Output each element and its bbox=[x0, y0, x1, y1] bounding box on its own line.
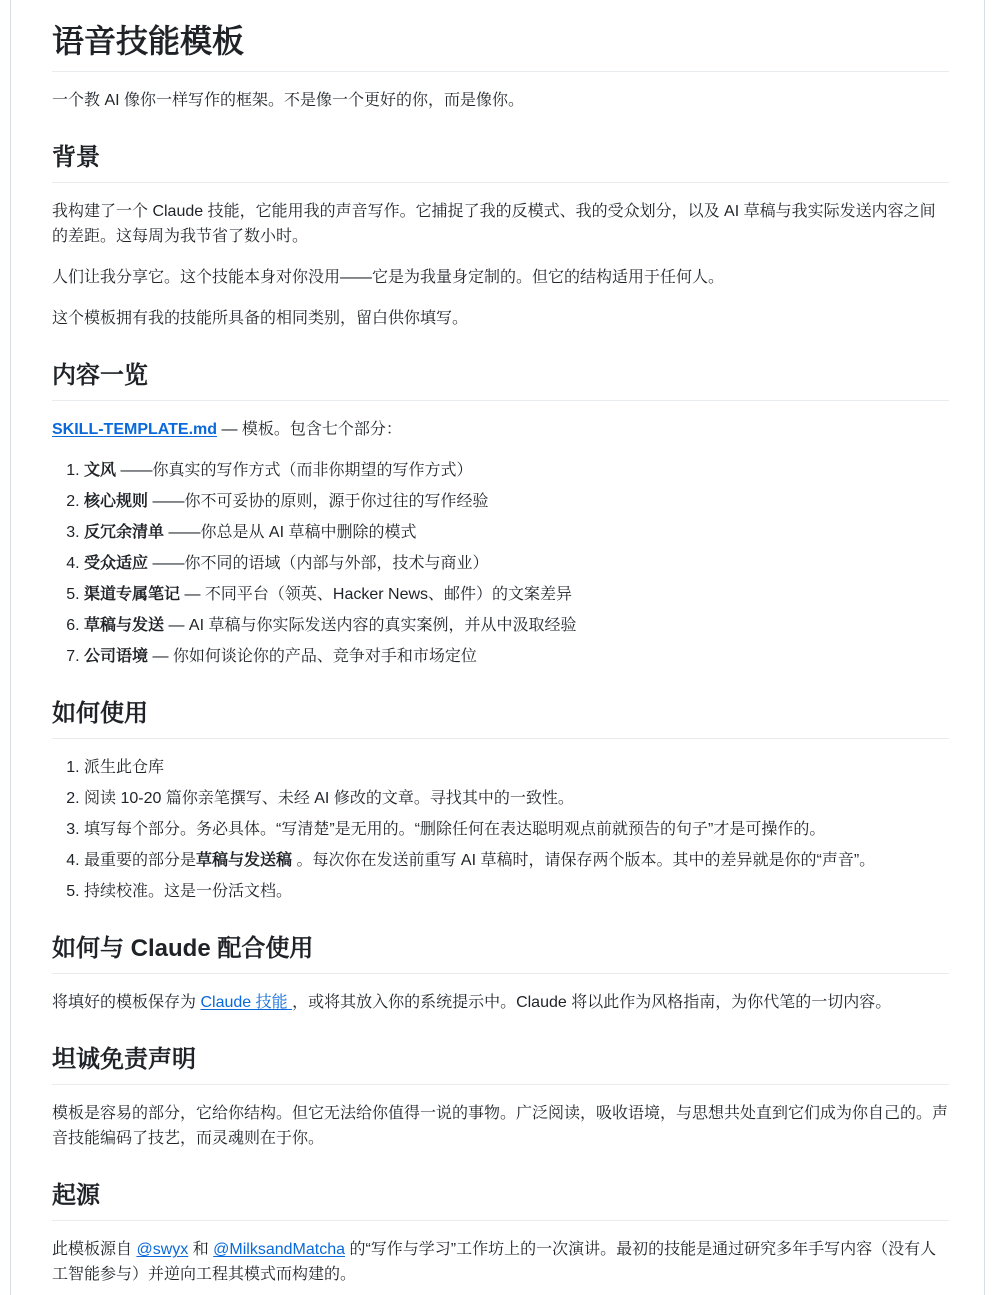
contents-term: 草稿与发送 bbox=[84, 617, 164, 634]
list-item: 公司语境 — 你如何谈论你的产品、竞争对手和市场定位 bbox=[84, 644, 949, 669]
background-paragraph-2: 人们让我分享它。这个技能本身对你没用——它是为我量身定制的。但它的结构适用于任何… bbox=[52, 265, 949, 290]
section-heading-contents: 内容一览 bbox=[52, 361, 949, 401]
contents-desc: 你如何谈论你的产品、竞争对手和市场定位 bbox=[173, 648, 477, 665]
contents-sep: —— bbox=[148, 493, 184, 510]
contents-term: 反冗余清单 bbox=[84, 524, 164, 541]
contents-sep: — bbox=[148, 648, 173, 665]
usage-item-bold: 草稿与发送稿 bbox=[196, 852, 292, 869]
contents-lead: SKILL-TEMPLATE.md — 模板。包含七个部分： bbox=[52, 417, 949, 442]
contents-term: 渠道专属笔记 bbox=[84, 586, 180, 603]
list-item: 填写每个部分。务必具体。“写清楚”是无用的。“删除任何在表达聪明观点前就预告的句… bbox=[84, 817, 949, 842]
claude-paragraph: 将填好的模板保存为 Claude 技能 ，或将其放入你的系统提示中。Claude… bbox=[52, 990, 949, 1015]
contents-term: 文风 bbox=[84, 462, 116, 479]
contents-desc: 你真实的写作方式（而非你期望的写作方式） bbox=[152, 462, 472, 479]
usage-item-pre: 最重要的部分是 bbox=[84, 852, 196, 869]
claude-post: ，或将其放入你的系统提示中。Claude 将以此作为风格指南，为你代笔的一切内容… bbox=[292, 994, 891, 1011]
list-item: 持续校准。这是一份活文档。 bbox=[84, 879, 949, 904]
contents-desc: 你不同的语域（内部与外部，技术与商业） bbox=[184, 555, 488, 572]
contents-list: 文风 ——你真实的写作方式（而非你期望的写作方式） 核心规则 ——你不可妥协的原… bbox=[52, 458, 949, 669]
milksandmatcha-link[interactable]: @MilksandMatcha bbox=[213, 1241, 345, 1258]
usage-item-post: 。每次你在发送前重写 AI 草稿时，请保存两个版本。其中的差异就是你的“声音”。 bbox=[292, 852, 875, 869]
origin-mid: 和 bbox=[188, 1241, 213, 1258]
list-item: 核心规则 ——你不可妥协的原则，源于你过往的写作经验 bbox=[84, 489, 949, 514]
claude-pre: 将填好的模板保存为 bbox=[52, 994, 200, 1011]
intro-paragraph: 一个教 AI 像你一样写作的框架。不是像一个更好的你，而是像你。 bbox=[52, 88, 949, 113]
list-item: 反冗余清单 ——你总是从 AI 草稿中删除的模式 bbox=[84, 520, 949, 545]
list-item: 派生此仓库 bbox=[84, 755, 949, 780]
list-item: 受众适应 ——你不同的语域（内部与外部，技术与商业） bbox=[84, 551, 949, 576]
contents-sep: —— bbox=[164, 524, 200, 541]
contents-sep: —— bbox=[148, 555, 184, 572]
usage-list: 派生此仓库 阅读 10-20 篇你亲笔撰写、未经 AI 修改的文章。寻找其中的一… bbox=[52, 755, 949, 904]
contents-desc: 你总是从 AI 草稿中删除的模式 bbox=[200, 524, 416, 541]
list-item: 文风 ——你真实的写作方式（而非你期望的写作方式） bbox=[84, 458, 949, 483]
contents-sep: — bbox=[164, 617, 189, 634]
list-item: 阅读 10-20 篇你亲笔撰写、未经 AI 修改的文章。寻找其中的一致性。 bbox=[84, 786, 949, 811]
contents-lead-rest: — 模板。包含七个部分： bbox=[217, 421, 402, 438]
section-heading-usage: 如何使用 bbox=[52, 699, 949, 739]
section-heading-background: 背景 bbox=[52, 143, 949, 183]
contents-desc: 不同平台（领英、Hacker News、邮件）的文案差异 bbox=[205, 586, 572, 603]
readme-container: 语音技能模板 一个教 AI 像你一样写作的框架。不是像一个更好的你，而是像你。 … bbox=[10, 0, 985, 1295]
contents-desc: 你不可妥协的原则，源于你过往的写作经验 bbox=[184, 493, 488, 510]
origin-pre: 此模板源自 bbox=[52, 1241, 136, 1258]
contents-term: 核心规则 bbox=[84, 493, 148, 510]
contents-term: 受众适应 bbox=[84, 555, 148, 572]
background-paragraph-3: 这个模板拥有我的技能所具备的相同类别，留白供你填写。 bbox=[52, 306, 949, 331]
origin-paragraph: 此模板源自 @swyx 和 @MilksandMatcha 的“写作与学习”工作… bbox=[52, 1237, 949, 1295]
contents-sep: —— bbox=[116, 462, 152, 479]
swyx-link[interactable]: @swyx bbox=[136, 1241, 188, 1258]
contents-term: 公司语境 bbox=[84, 648, 148, 665]
disclaimer-paragraph: 模板是容易的部分，它给你结构。但它无法给你值得一说的事物。广泛阅读，吸收语境，与… bbox=[52, 1101, 949, 1151]
list-item: 草稿与发送 — AI 草稿与你实际发送内容的真实案例，并从中汲取经验 bbox=[84, 613, 949, 638]
section-heading-claude: 如何与 Claude 配合使用 bbox=[52, 934, 949, 974]
background-paragraph-1: 我构建了一个 Claude 技能，它能用我的声音写作。它捕捉了我的反模式、我的受… bbox=[52, 199, 949, 249]
list-item: 最重要的部分是草稿与发送稿 。每次你在发送前重写 AI 草稿时，请保存两个版本。… bbox=[84, 848, 949, 873]
contents-sep: — bbox=[180, 586, 205, 603]
contents-desc: AI 草稿与你实际发送内容的真实案例，并从中汲取经验 bbox=[189, 617, 577, 634]
section-heading-origin: 起源 bbox=[52, 1181, 949, 1221]
page-title: 语音技能模板 bbox=[52, 21, 949, 72]
list-item: 渠道专属笔记 — 不同平台（领英、Hacker News、邮件）的文案差异 bbox=[84, 582, 949, 607]
section-heading-disclaimer: 坦诚免责声明 bbox=[52, 1045, 949, 1085]
skill-template-file-link[interactable]: SKILL-TEMPLATE.md bbox=[52, 421, 217, 438]
claude-skill-link[interactable]: Claude 技能 bbox=[200, 994, 292, 1011]
